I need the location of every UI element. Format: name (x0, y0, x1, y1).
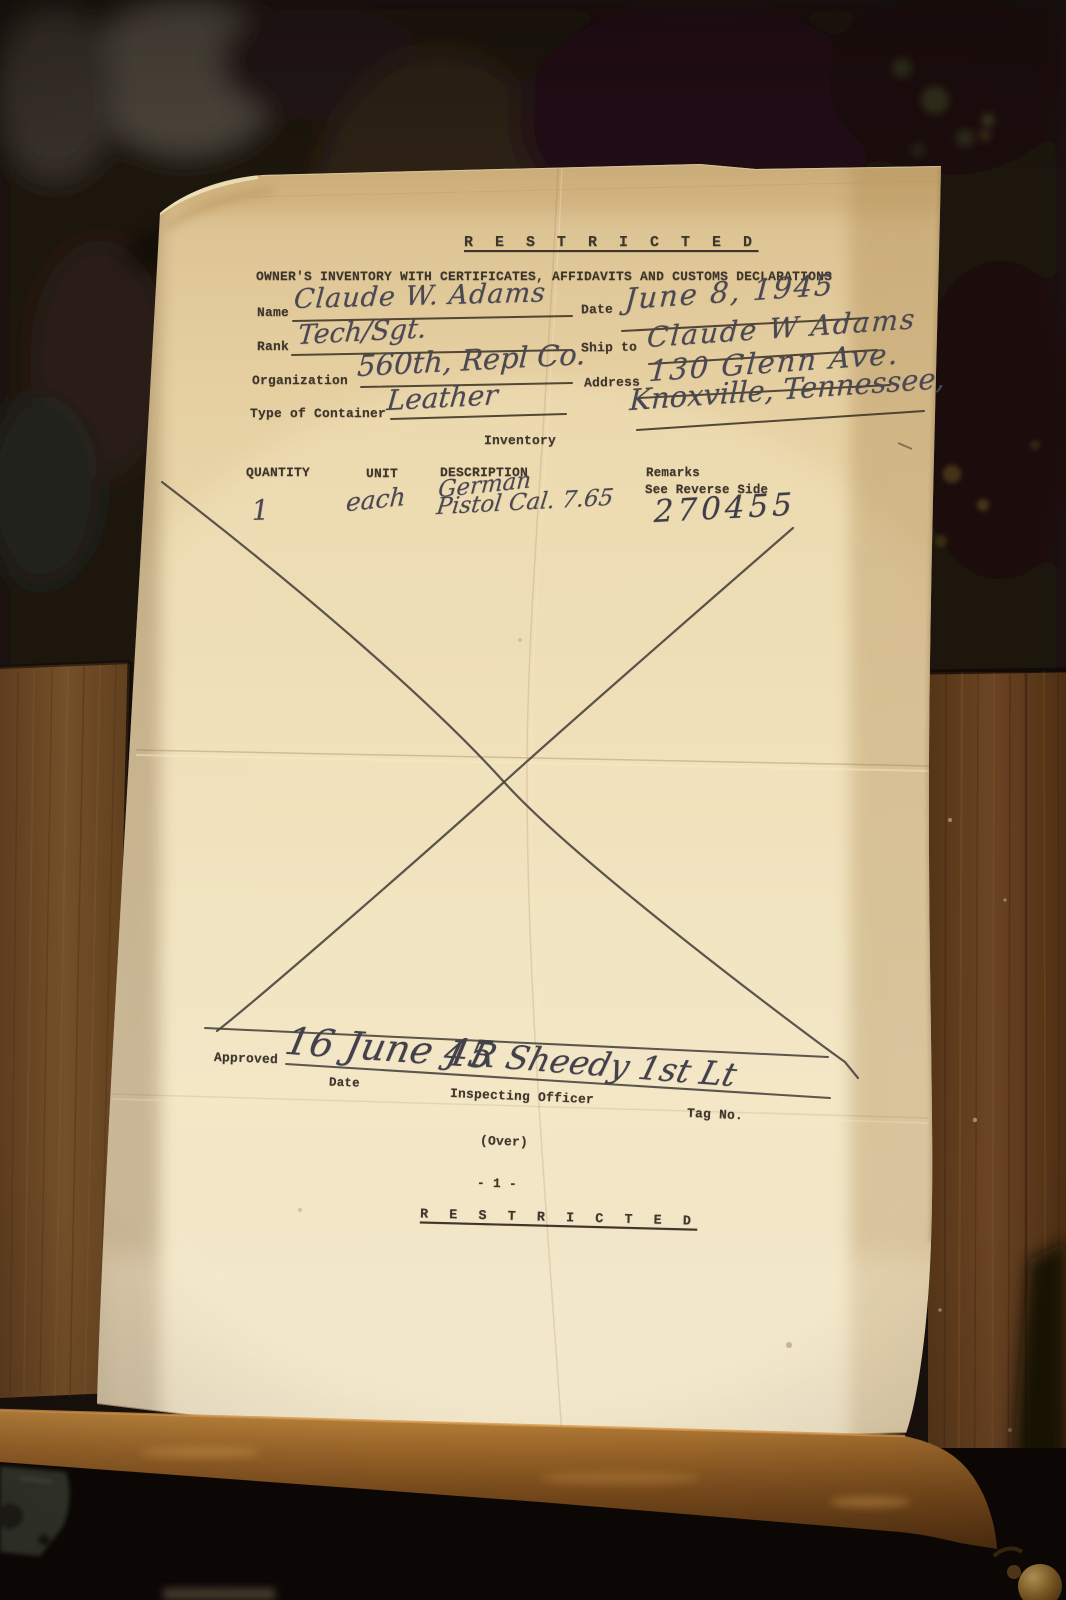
organization-label: Organization (252, 374, 348, 387)
page-number: - 1 - (477, 1176, 517, 1190)
row-unit-value: each (345, 484, 406, 516)
over-note: (Over) (480, 1134, 528, 1149)
tag-no-label: Tag No. (687, 1107, 744, 1122)
container-handwritten-value: Leather (386, 381, 499, 415)
approval-date-label: Date (329, 1076, 360, 1090)
column-header-unit: UNIT (366, 467, 398, 480)
ship-to-label: Ship to (581, 341, 637, 355)
photo-of-restricted-inventory-document: R E S T R I C T E D OWNER'S INVENTORY WI… (0, 0, 1066, 1600)
rank-label: Rank (257, 340, 289, 353)
container-label: Type of Container (250, 407, 386, 420)
row-remarks-value: 270455 (653, 490, 796, 529)
column-header-remarks: Remarks (646, 467, 700, 480)
approved-label: Approved (214, 1051, 278, 1066)
name-handwritten-value: Claude W. Adams (293, 279, 547, 313)
classification-top: R E S T R I C T E D (464, 235, 759, 250)
inventory-section-title: Inventory (484, 434, 556, 447)
rank-handwritten-value: Tech/Sgt. (297, 315, 428, 349)
row-quantity-value: 1 (251, 496, 270, 525)
date-label: Date (581, 303, 613, 317)
name-label: Name (257, 306, 289, 319)
column-header-quantity: QUANTITY (246, 466, 310, 479)
